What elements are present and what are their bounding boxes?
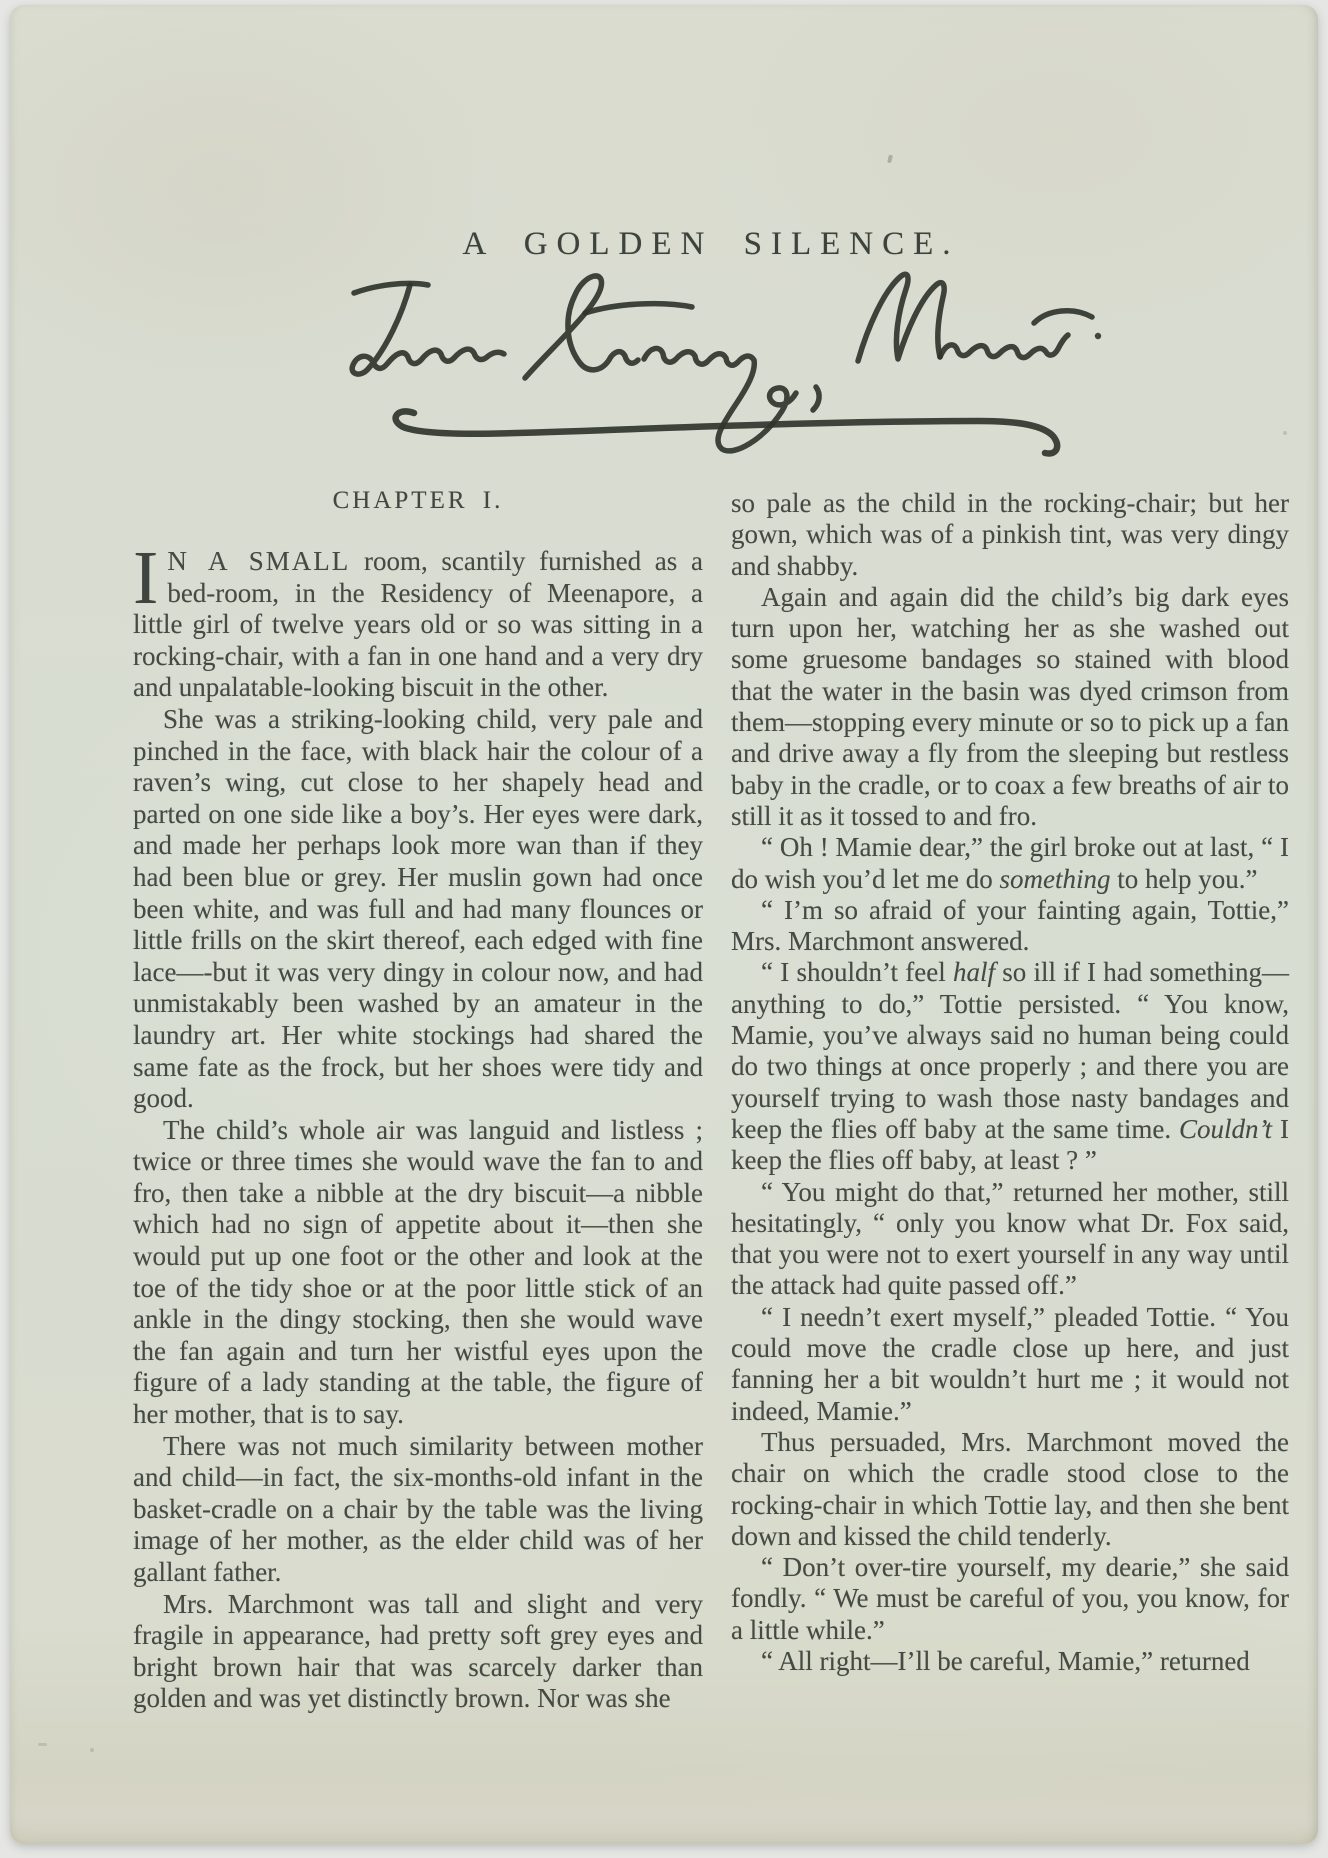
paragraph: “ You might do that,” returned her mothe… — [731, 1177, 1289, 1302]
paper-speck — [38, 1743, 47, 1746]
author-signature: John Strange Winter — [318, 238, 1108, 474]
paragraph: IN A SMALL room, scantily furnished as a… — [133, 546, 703, 704]
signature-drawing: John Strange Winter — [318, 238, 1108, 474]
paragraph: “ Don’t over-tire yourself, my dearie,” … — [731, 1552, 1289, 1646]
paragraph: Thus persuaded, Mrs. Marchmont moved the… — [731, 1427, 1289, 1552]
left-column: CHAPTER I. IN A SMALL room, scantily fur… — [133, 488, 703, 1715]
paragraph: “ I needn’t exert myself,” pleaded Totti… — [731, 1302, 1289, 1427]
paragraph: “ Oh ! Mamie dear,” the girl broke out a… — [731, 832, 1289, 895]
lead-caps: N A SMALL — [167, 546, 350, 576]
paragraph: “ I’m so afraid of your fainting again, … — [731, 895, 1289, 958]
left-column-text: IN A SMALL room, scantily furnished as a… — [133, 546, 703, 1715]
scanned-book-page-screenshot: { "page": { "title": "A GOLDEN SILENCE."… — [0, 0, 1328, 1858]
right-column: so pale as the child in the rocking-chai… — [731, 488, 1289, 1715]
paper-speck — [887, 155, 893, 164]
paragraph: Again and again did the child’s big dark… — [731, 582, 1289, 832]
paragraph: “ All right—I’ll be careful, Mamie,” ret… — [731, 1646, 1289, 1677]
paragraph: Mrs. Marchmont was tall and slight and v… — [133, 1589, 703, 1715]
paragraph: She was a striking-looking child, very p… — [133, 704, 703, 1115]
paragraph: There was not much similarity between mo… — [133, 1431, 703, 1589]
paragraph: The child’s whole air was languid and li… — [133, 1115, 703, 1431]
paper-speck — [90, 1748, 94, 1752]
paragraph: so pale as the child in the rocking-chai… — [731, 488, 1289, 582]
book-page: A GOLDEN SILENCE. John Strange Winter — [10, 5, 1318, 1844]
paragraph: “ I shouldn’t feel half so ill if I had … — [731, 957, 1289, 1176]
right-column-text: so pale as the child in the rocking-chai… — [731, 488, 1289, 1677]
paper-speck — [1283, 431, 1287, 435]
text-columns: CHAPTER I. IN A SMALL room, scantily fur… — [133, 488, 1293, 1715]
drop-cap: I — [133, 550, 158, 608]
chapter-heading: CHAPTER I. — [133, 488, 703, 514]
